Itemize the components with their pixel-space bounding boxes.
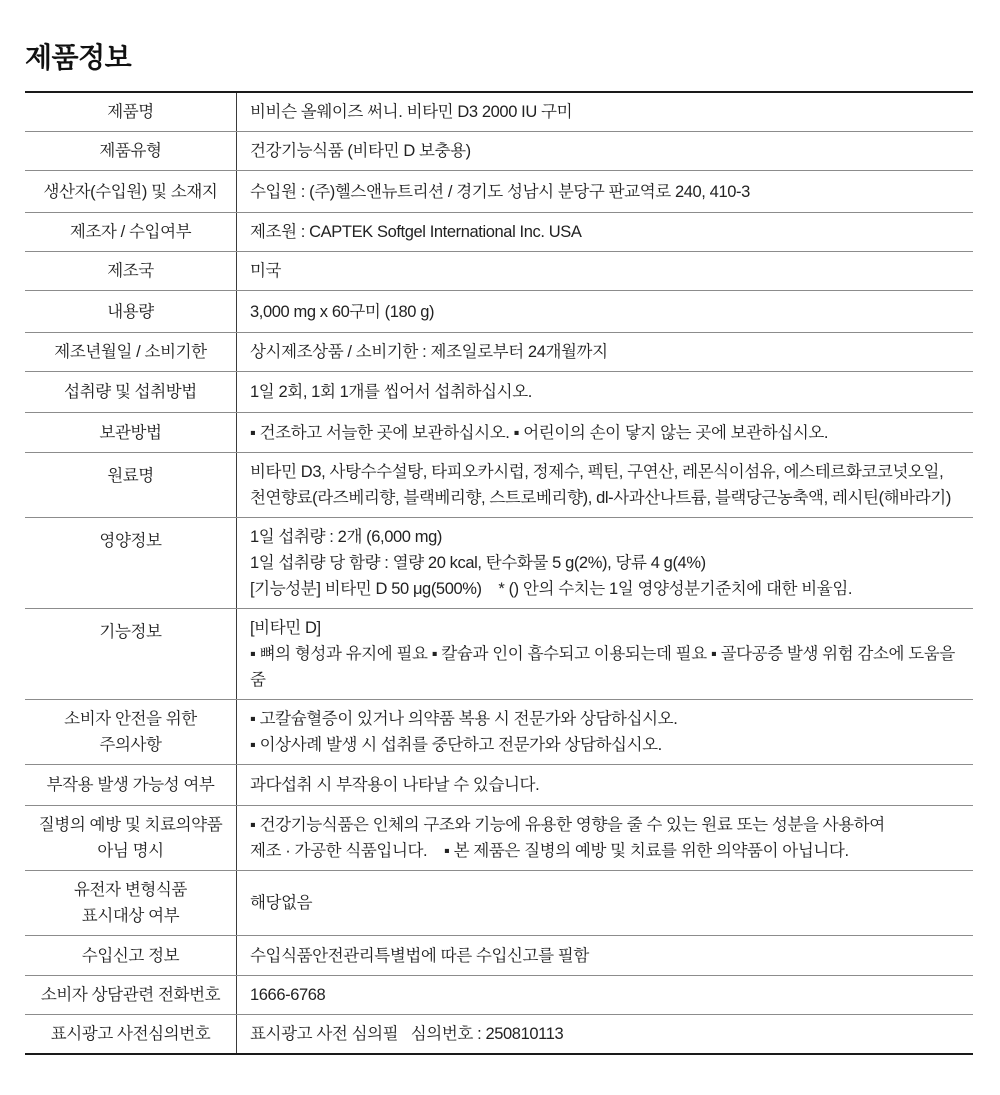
row-value: 수입식품안전관리특별법에 따른 수입신고를 필함	[237, 936, 973, 975]
row-label: 보관방법	[25, 413, 237, 452]
row-value: 비비슨 올웨이즈 써니. 비타민 D3 2000 IU 구미	[237, 93, 973, 131]
row-value: ▪ 건조하고 서늘한 곳에 보관하십시오. ▪ 어린이의 손이 닿지 않는 곳에…	[237, 413, 973, 452]
row-value: 상시제조상품 / 소비기한 : 제조일로부터 24개월까지	[237, 333, 973, 371]
row-value: 제조원 : CAPTEK Softgel International Inc. …	[237, 213, 973, 251]
table-row-intake-method: 섭취량 및 섭취방법 1일 2회, 1회 1개를 씹어서 섭취하십시오.	[25, 372, 973, 413]
row-label: 표시광고 사전심의번호	[25, 1015, 237, 1053]
row-value: ▪ 고칼슘혈증이 있거나 의약품 복용 시 전문가와 상담하십시오. ▪ 이상사…	[237, 700, 973, 764]
row-label: 제조년월일 / 소비기한	[25, 333, 237, 371]
row-value: 3,000 mg x 60구미 (180 g)	[237, 291, 973, 332]
row-value: 수입원 : (주)헬스앤뉴트리션 / 경기도 성남시 분당구 판교역로 240,…	[237, 171, 973, 212]
table-row-consumer-phone: 소비자 상담관련 전화번호 1666-6768	[25, 976, 973, 1015]
row-label: 기능정보	[25, 609, 237, 699]
row-value: 1일 2회, 1회 1개를 씹어서 섭취하십시오.	[237, 372, 973, 412]
row-label: 제품명	[25, 93, 237, 131]
table-row-function-info: 기능정보 [비타민 D] ▪ 뼈의 형성과 유지에 필요 ▪ 칼슘과 인이 흡수…	[25, 609, 973, 700]
row-value: 과다섭취 시 부작용이 나타날 수 있습니다.	[237, 765, 973, 805]
product-info-table: 제품명 비비슨 올웨이즈 써니. 비타민 D3 2000 IU 구미 제품유형 …	[25, 91, 973, 1055]
table-row-import-declaration: 수입신고 정보 수입식품안전관리특별법에 따른 수입신고를 필함	[25, 936, 973, 976]
row-value: 1666-6768	[237, 976, 973, 1014]
row-label: 부작용 발생 가능성 여부	[25, 765, 237, 805]
row-label: 유전자 변형식품 표시대상 여부	[25, 871, 237, 935]
row-label: 원료명	[25, 453, 237, 517]
table-row-not-medicine-notice: 질병의 예방 및 치료의약품 아님 명시 ▪ 건강기능식품은 인체의 구조와 기…	[25, 806, 973, 871]
row-value: [비타민 D] ▪ 뼈의 형성과 유지에 필요 ▪ 칼슘과 인이 흡수되고 이용…	[237, 609, 973, 699]
table-row-product-type: 제품유형 건강기능식품 (비타민 D 보충용)	[25, 132, 973, 171]
row-value: 미국	[237, 252, 973, 290]
row-label: 수입신고 정보	[25, 936, 237, 975]
row-label: 제조자 / 수입여부	[25, 213, 237, 251]
table-row-net-content: 내용량 3,000 mg x 60구미 (180 g)	[25, 291, 973, 333]
row-label: 질병의 예방 및 치료의약품 아님 명시	[25, 806, 237, 870]
table-row-storage-method: 보관방법 ▪ 건조하고 서늘한 곳에 보관하십시오. ▪ 어린이의 손이 닿지 …	[25, 413, 973, 453]
table-row-ingredients: 원료명 비타민 D3, 사탕수수설탕, 타피오카시럽, 정제수, 펙틴, 구연산…	[25, 453, 973, 518]
table-row-manufacture-date-expiry: 제조년월일 / 소비기한 상시제조상품 / 소비기한 : 제조일로부터 24개월…	[25, 333, 973, 372]
row-label: 소비자 안전을 위한 주의사항	[25, 700, 237, 764]
product-info-page: 제품정보 제품명 비비슨 올웨이즈 써니. 비타민 D3 2000 IU 구미 …	[0, 0, 1000, 1095]
table-row-consumer-safety-precautions: 소비자 안전을 위한 주의사항 ▪ 고칼슘혈증이 있거나 의약품 복용 시 전문…	[25, 700, 973, 765]
table-row-producer-address: 생산자(수입원) 및 소재지 수입원 : (주)헬스앤뉴트리션 / 경기도 성남…	[25, 171, 973, 213]
row-label: 제품유형	[25, 132, 237, 170]
table-row-manufacturer: 제조자 / 수입여부 제조원 : CAPTEK Softgel Internat…	[25, 213, 973, 252]
row-label: 제조국	[25, 252, 237, 290]
row-label: 영양정보	[25, 518, 237, 608]
row-value: 1일 섭취량 : 2개 (6,000 mg) 1일 섭취량 당 함량 : 열량 …	[237, 518, 973, 608]
row-label: 섭취량 및 섭취방법	[25, 372, 237, 412]
row-label: 소비자 상담관련 전화번호	[25, 976, 237, 1014]
page-title: 제품정보	[25, 42, 973, 74]
row-label: 내용량	[25, 291, 237, 332]
table-row-side-effects: 부작용 발생 가능성 여부 과다섭취 시 부작용이 나타날 수 있습니다.	[25, 765, 973, 806]
row-label: 생산자(수입원) 및 소재지	[25, 171, 237, 212]
table-row-gmo-labeling: 유전자 변형식품 표시대상 여부 해당없음	[25, 871, 973, 936]
row-value: ▪ 건강기능식품은 인체의 구조와 기능에 유용한 영향을 줄 수 있는 원료 …	[237, 806, 973, 870]
table-row-nutrition-info: 영양정보 1일 섭취량 : 2개 (6,000 mg) 1일 섭취량 당 함량 …	[25, 518, 973, 609]
row-value: 건강기능식품 (비타민 D 보충용)	[237, 132, 973, 170]
row-value: 비타민 D3, 사탕수수설탕, 타피오카시럽, 정제수, 펙틴, 구연산, 레몬…	[237, 453, 973, 517]
row-value: 표시광고 사전 심의필 심의번호 : 250810113	[237, 1015, 973, 1053]
table-row-country-of-origin: 제조국 미국	[25, 252, 973, 291]
row-value: 해당없음	[237, 871, 973, 935]
table-row-ad-review-number: 표시광고 사전심의번호 표시광고 사전 심의필 심의번호 : 250810113	[25, 1015, 973, 1053]
table-row-product-name: 제품명 비비슨 올웨이즈 써니. 비타민 D3 2000 IU 구미	[25, 93, 973, 132]
